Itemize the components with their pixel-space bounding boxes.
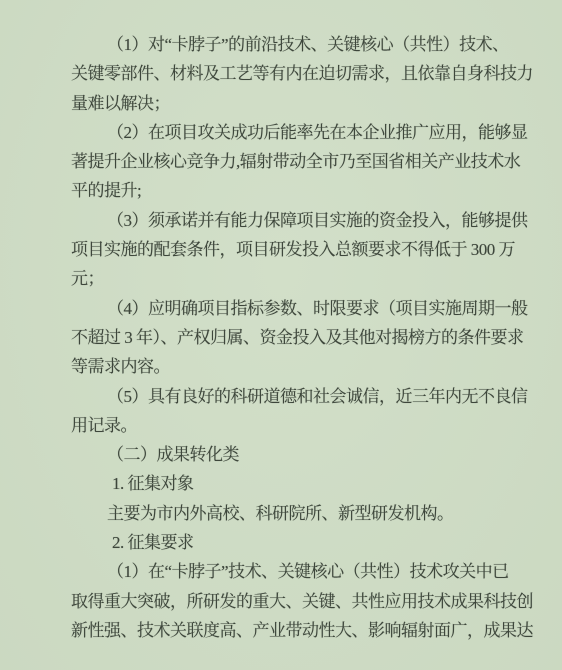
text-line: 项目实施的配套条件，项目研发投入总额要求不得低于 300 万	[71, 235, 524, 264]
text-line: （2）在项目攻关成功后能率先在本企业推广应用，能够显	[71, 118, 524, 147]
text-line: 元；	[71, 264, 524, 293]
text-line: （3）须承诺并有能力保障项目实施的资金投入，能够提供	[71, 206, 524, 235]
text-line: 不超过 3 年）、产权归属、资金投入及其他对揭榜方的条件要求	[71, 323, 524, 352]
text-line: 用记录。	[71, 411, 524, 440]
numbered-heading: 1. 征集对象	[71, 469, 524, 498]
text-line: （5）具有良好的科研道德和社会诚信，近三年内无不良信	[71, 382, 524, 411]
text-line: 新性强、技术关联度高、产业带动性大、影响辐射面广，成果达	[71, 616, 524, 645]
text-line: 关键零部件、材料及工艺等有内在迫切需求，且依靠自身科技力	[71, 59, 524, 88]
text-line: 等需求内容。	[71, 352, 524, 381]
text-line: 平的提升;	[71, 176, 524, 205]
text-line: （4）应明确项目指标参数、时限要求（项目实施周期一般	[71, 294, 524, 323]
text-line: （1）在“卡脖子”技术、关键核心（共性）技术攻关中已	[71, 557, 524, 586]
document-page: （1）对“卡脖子”的前沿技术、关键核心（共性）技术、 关键零部件、材料及工艺等有…	[0, 0, 562, 670]
text-line: 量难以解决；	[71, 89, 524, 118]
numbered-heading: 2. 征集要求	[71, 528, 524, 557]
text-line: 著提升企业核心竞争力,辐射带动全市乃至国省相关产业技术水	[71, 147, 524, 176]
text-line: （1）对“卡脖子”的前沿技术、关键核心（共性）技术、	[71, 30, 524, 59]
section-heading: （二）成果转化类	[71, 440, 524, 469]
text-line: 取得重大突破，所研发的重大、关键、共性应用技术成果科技创	[71, 587, 524, 616]
text-line: 主要为市内外高校、科研院所、新型研发机构。	[71, 499, 524, 528]
